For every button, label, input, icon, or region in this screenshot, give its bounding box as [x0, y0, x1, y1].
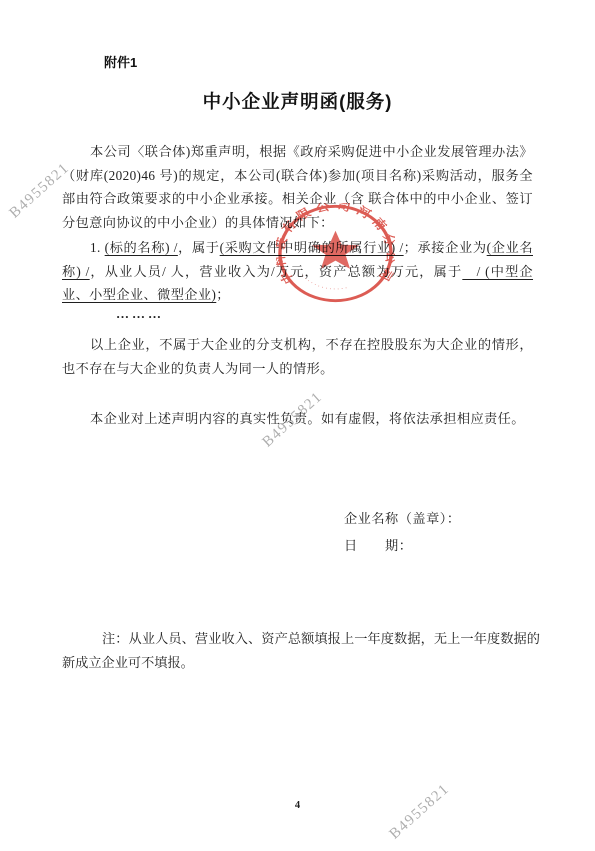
page-number: 4 [0, 800, 595, 811]
truthfulness-paragraph: 本企业对上述声明内容的真实性负责。如有虚假，将依法承担相应责任。 [62, 407, 533, 431]
declaration-paragraph: 本公司〈联合体)郑重声明，根据《政府采购促进中小企业发展管理办法》 （财库(20… [62, 140, 533, 234]
item-1-paragraph: 1. (标的名称) /，属于(采购文件中明确的所属行业) /；承接企业为(企业名… [62, 236, 533, 307]
watermark-bottom: B4955821 [387, 781, 454, 843]
text-segment: ；承接企业为 [404, 240, 487, 255]
underlined-blank-segment: (标的名称) / [105, 240, 178, 255]
text-segment: 1. [90, 240, 105, 255]
date-line: 日 期： [344, 535, 412, 554]
document-page: 附件1 中小企业声明函(服务) 本公司〈联合体)郑重声明，根据《政府采购促进中小… [0, 0, 595, 851]
text-segment: ； [216, 287, 230, 302]
page-title: 中小企业声明函(服务) [0, 88, 595, 114]
text-segment: ，属于 [178, 240, 220, 255]
underlined-blank-segment: (采购文件中明确的所属行业) / [220, 240, 404, 255]
ellipsis-line: ……… [116, 306, 164, 322]
attachment-label: 附件1 [104, 52, 137, 71]
text-segment: ，从业人员/ 人，营业收入为/万元，资产总额为万元，属于 [90, 264, 463, 279]
company-name-seal-line: 企业名称（盖章）： [344, 508, 461, 527]
footnote: 注：从业人员、营业收入、资产总额填报上一年度数据，无上一年度数据的新成立企业可不… [62, 627, 540, 675]
no-large-enterprise-paragraph: 以上企业，不属于大企业的分支机构，不存在控股股东为大企业的情形，也不存在与大企业… [62, 333, 533, 380]
